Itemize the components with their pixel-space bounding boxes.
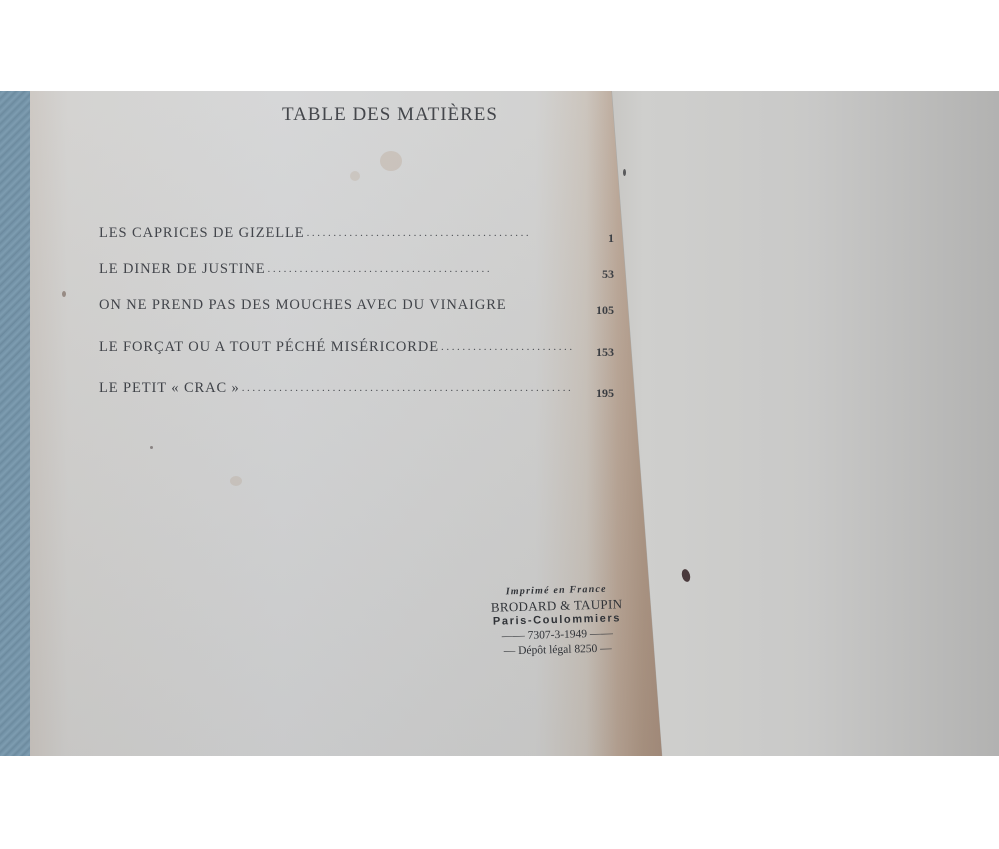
dot-leader: ........................................… (307, 228, 572, 239)
toc-entry-title: LE PETIT « CRAC » (99, 380, 240, 397)
ink-spot (680, 568, 691, 583)
toc-entry: ON NE PREND PAS DES MOUCHES AVEC DU VINA… (99, 290, 614, 314)
book-photo: TABLE DES MATIÈRES LES CAPRICES DE GIZEL… (0, 91, 999, 756)
foxing-spot (350, 171, 360, 181)
toc-entry: LE DINER DE JUSTINE ....................… (99, 254, 614, 278)
ink-spot (623, 169, 626, 176)
foxing-spot (62, 291, 66, 297)
foxing-spot (230, 476, 242, 486)
toc-entry: LE FORÇAT OU A TOUT PÉCHÉ MISÉRICORDE ..… (99, 332, 614, 356)
toc-entry-page: 1 (576, 231, 614, 246)
dot-leader: ........................................… (441, 342, 572, 353)
toc-entry: LE PETIT « CRAC » ......................… (99, 373, 614, 397)
imprint-legal-deposit: — Dépôt légal 8250 — (483, 641, 633, 660)
toc-entry-page: 53 (576, 267, 614, 282)
toc-entry: LES CAPRICES DE GIZELLE ................… (99, 218, 614, 242)
foxing-spot (150, 446, 153, 449)
foxing-spot (380, 151, 402, 171)
dot-leader: ........................................… (268, 264, 572, 275)
book-cloth-cover (0, 91, 34, 756)
imprint-printer: BRODARD & TAUPIN (481, 596, 631, 615)
imprint-print-number: —— 7307-3-1949 —— (482, 626, 632, 645)
imprint-city: Paris-Coulommiers (482, 611, 632, 630)
toc-entry-title: ON NE PREND PAS DES MOUCHES AVEC DU VINA… (99, 297, 507, 314)
toc-entry-title: LE DINER DE JUSTINE (99, 261, 266, 278)
printer-imprint: Imprimé en France BRODARD & TAUPIN Paris… (481, 581, 633, 660)
toc-entry-page: 195 (576, 386, 614, 401)
toc-entry-page: 153 (576, 345, 614, 360)
toc-entry-title: LE FORÇAT OU A TOUT PÉCHÉ MISÉRICORDE (99, 339, 439, 356)
toc-entry-page: 105 (576, 303, 614, 318)
toc-entry-title: LES CAPRICES DE GIZELLE (99, 225, 305, 242)
dot-leader: ........................................… (242, 383, 572, 394)
right-page (612, 91, 999, 756)
left-page: TABLE DES MATIÈRES LES CAPRICES DE GIZEL… (30, 91, 662, 756)
imprint-country: Imprimé en France (481, 581, 631, 600)
